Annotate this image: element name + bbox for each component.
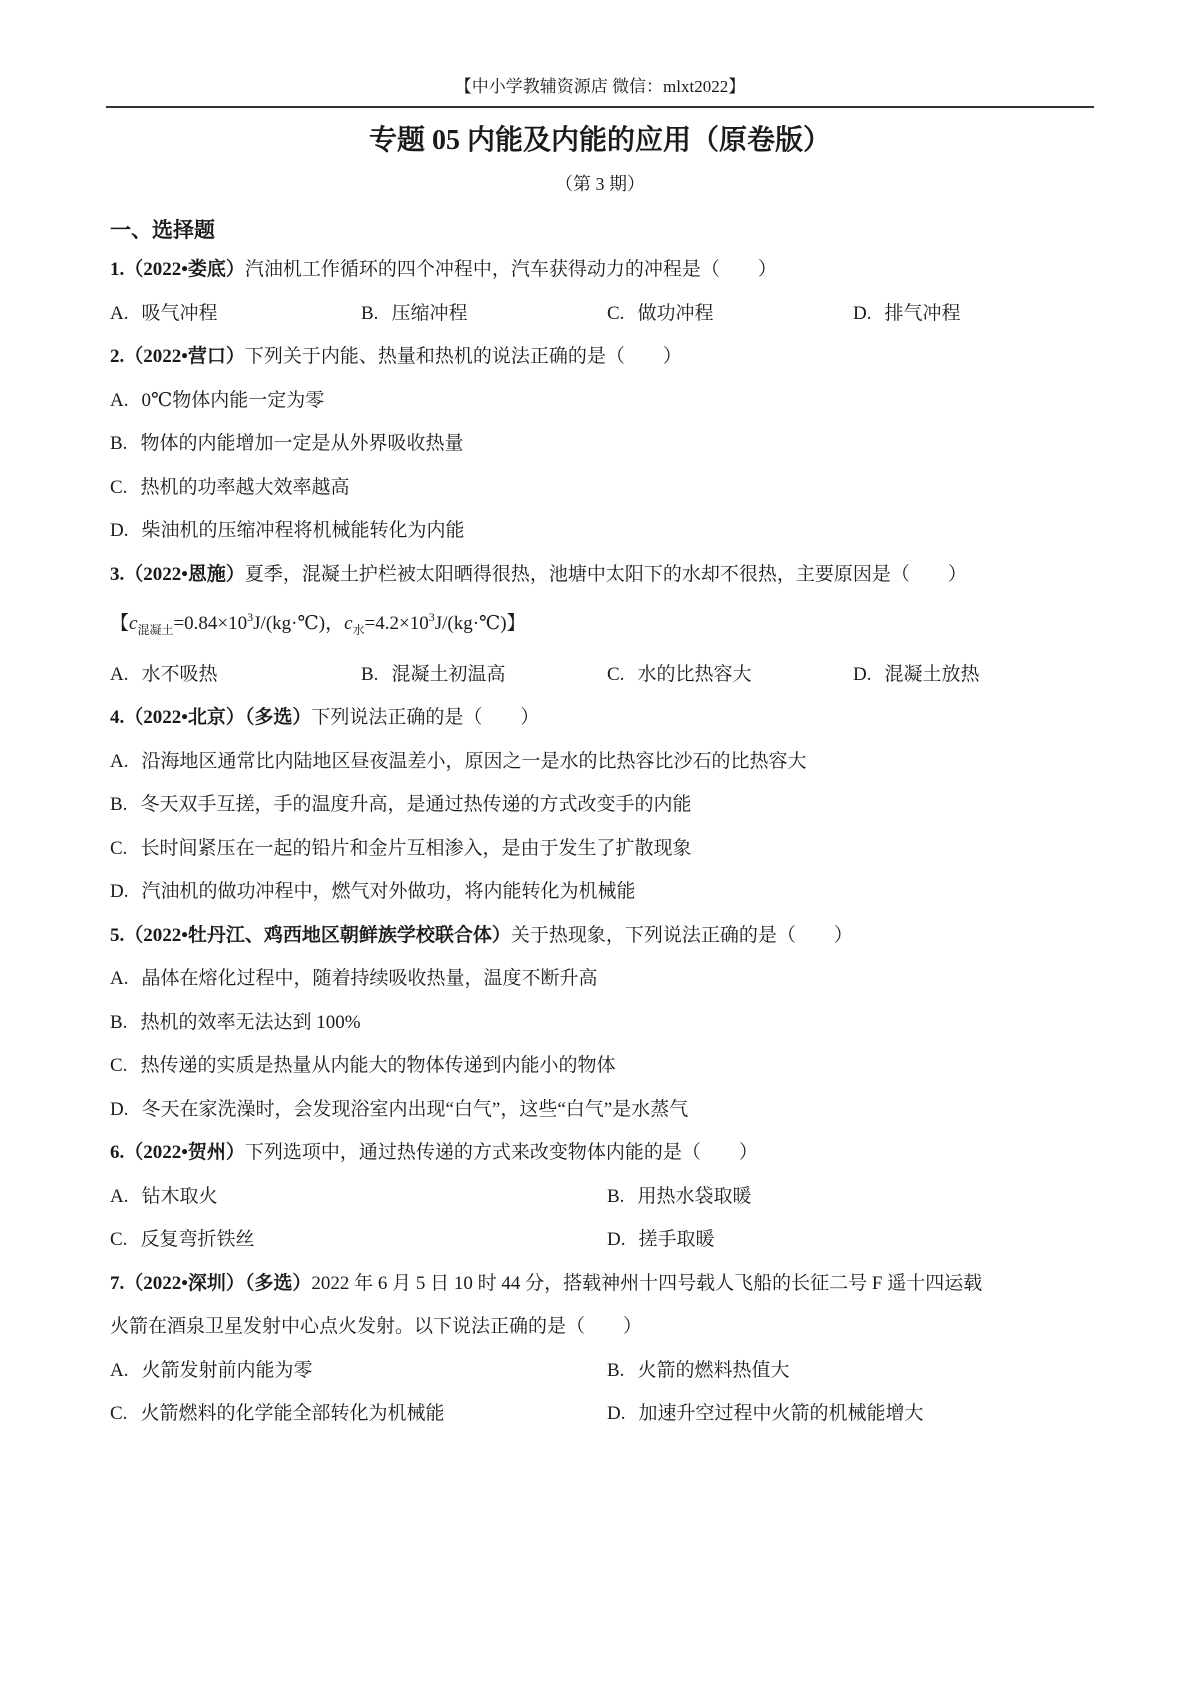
question-7-options-row-ab: A.火箭发射前内能为零 B.火箭的燃料热值大: [110, 1349, 1094, 1393]
question-7-source: 7.（2022•深圳）（多选）: [110, 1273, 311, 1294]
question-7-stem-line-1: 7.（2022•深圳）（多选）2022 年 6 月 5 日 10 时 44 分，…: [110, 1262, 1094, 1306]
formula-close-bracket: 】: [507, 613, 526, 634]
formula-c-symbol-2: c: [344, 613, 352, 634]
question-5-option-c: C.热传递的实质是热量从内能大的物体传递到内能小的物体: [110, 1044, 1094, 1088]
question-4-option-b: B.冬天双手互搓，手的温度升高，是通过热传递的方式改变手的内能: [110, 783, 1094, 827]
question-5-option-a: A.晶体在熔化过程中，随着持续吸收热量，温度不断升高: [110, 957, 1094, 1001]
question-1-options-row: A.吸气冲程 B.压缩冲程 C.做功冲程 D.排气冲程: [110, 292, 1094, 336]
exam-page: 【中小学教辅资源店 微信：mlxt2022】 专题 05 内能及内能的应用（原卷…: [0, 0, 1200, 1698]
question-1-stem-line: 1.（2022•娄底）汽油机工作循环的四个冲程中，汽车获得动力的冲程是（ ）: [110, 248, 1094, 292]
question-4-option-d: D.汽油机的做功冲程中，燃气对外做功，将内能转化为机械能: [110, 870, 1094, 914]
question-2-source: 2.（2022•营口）: [110, 346, 245, 367]
question-2-stem: 下列关于内能、热量和热机的说法正确的是（ ）: [245, 346, 682, 367]
question-4-source: 4.（2022•北京）（多选）: [110, 707, 311, 728]
question-7-stem-part-2: 火箭在酒泉卫星发射中心点火发射。以下说法正确的是（ ）: [110, 1316, 642, 1337]
question-1-option-a: A.吸气冲程: [110, 292, 361, 336]
question-7-stem-line-2: 火箭在酒泉卫星发射中心点火发射。以下说法正确的是（ ）: [110, 1305, 1094, 1349]
question-1-option-d: D.排气冲程: [853, 292, 1094, 336]
formula-unit-1: J/(kg·℃)，: [253, 613, 344, 634]
question-4-option-a: A.沿海地区通常比内陆地区昼夜温差小，原因之一是水的比热容比沙石的比热容大: [110, 740, 1094, 784]
question-4-option-c: C.长时间紧压在一起的铅片和金片互相渗入，是由于发生了扩散现象: [110, 827, 1094, 871]
question-7-options-row-cd: C.火箭燃料的化学能全部转化为机械能 D.加速升空过程中火箭的机械能增大: [110, 1392, 1094, 1436]
formula-open-bracket: 【: [110, 613, 129, 634]
question-1-option-c: C.做功冲程: [607, 292, 853, 336]
question-6-option-b: B.用热水袋取暖: [607, 1175, 1094, 1219]
question-3-stem: 夏季，混凝土护栏被太阳晒得很热，池塘中太阳下的水却不很热，主要原因是（ ）: [245, 564, 967, 585]
question-2-option-d: D.柴油机的压缩冲程将机械能转化为内能: [110, 509, 1094, 553]
question-1-option-b: B.压缩冲程: [361, 292, 607, 336]
question-5-option-b: B.热机的效率无法达到 100%: [110, 1001, 1094, 1045]
question-2-stem-line: 2.（2022•营口）下列关于内能、热量和热机的说法正确的是（ ）: [110, 335, 1094, 379]
formula-value-1: =0.84×10: [173, 613, 247, 634]
header-rule: [106, 106, 1094, 108]
question-3-option-d: D.混凝土放热: [853, 653, 1094, 697]
formula-unit-2: J/(kg·℃): [435, 613, 507, 634]
question-1-source: 1.（2022•娄底）: [110, 259, 245, 280]
question-5-stem: 关于热现象，下列说法正确的是（ ）: [511, 925, 853, 946]
question-1-stem: 汽油机工作循环的四个冲程中，汽车获得动力的冲程是（ ）: [245, 259, 777, 280]
question-4-stem-line: 4.（2022•北京）（多选）下列说法正确的是（ ）: [110, 696, 1094, 740]
section-heading-choice: 一、选择题: [110, 216, 1094, 244]
question-4-stem: 下列说法正确的是（ ）: [311, 707, 539, 728]
question-3-stem-line: 3.（2022•恩施）夏季，混凝土护栏被太阳晒得很热，池塘中太阳下的水却不很热，…: [110, 553, 1094, 597]
question-2-option-b: B.物体的内能增加一定是从外界吸收热量: [110, 422, 1094, 466]
question-3-option-c: C.水的比热容大: [607, 653, 853, 697]
question-2-option-a: A.0℃物体内能一定为零: [110, 379, 1094, 423]
question-6-option-d: D.搓手取暖: [607, 1218, 1094, 1262]
question-3-formula-line: 【c混凝土=0.84×103J/(kg·℃)，c水=4.2×103J/(kg·℃…: [110, 596, 1094, 653]
page-title: 专题 05 内能及内能的应用（原卷版）: [0, 124, 1200, 158]
question-2-option-c: C.热机的功率越大效率越高: [110, 466, 1094, 510]
question-6-options-row-ab: A.钻木取火 B.用热水袋取暖: [110, 1175, 1094, 1219]
formula-c-subscript-concrete: 混凝土: [137, 623, 173, 637]
question-5-option-d: D.冬天在家洗澡时，会发现浴室内出现“白气”，这些“白气”是水蒸气: [110, 1088, 1094, 1132]
question-3-option-b: B.混凝土初温高: [361, 653, 607, 697]
question-5-stem-line: 5.（2022•牡丹江、鸡西地区朝鲜族学校联合体）关于热现象，下列说法正确的是（…: [110, 914, 1094, 958]
question-6-stem: 下列选项中，通过热传递的方式来改变物体内能的是（ ）: [245, 1142, 758, 1163]
question-5-source: 5.（2022•牡丹江、鸡西地区朝鲜族学校联合体）: [110, 925, 511, 946]
question-3-options-row: A.水不吸热 B.混凝土初温高 C.水的比热容大 D.混凝土放热: [110, 653, 1094, 697]
page-header-store-line: 【中小学教辅资源店 微信：mlxt2022】: [0, 0, 1200, 98]
formula-c-subscript-water: 水: [353, 623, 365, 637]
formula-value-2: =4.2×10: [365, 613, 429, 634]
question-6-options-row-cd: C.反复弯折铁丝 D.搓手取暖: [110, 1218, 1094, 1262]
document-body: 一、选择题 1.（2022•娄底）汽油机工作循环的四个冲程中，汽车获得动力的冲程…: [110, 216, 1094, 1436]
issue-subtitle: （第 3 期）: [0, 172, 1200, 196]
question-6-stem-line: 6.（2022•贺州）下列选项中，通过热传递的方式来改变物体内能的是（ ）: [110, 1131, 1094, 1175]
question-6-option-c: C.反复弯折铁丝: [110, 1218, 607, 1262]
question-7-stem-part-1: 2022 年 6 月 5 日 10 时 44 分，搭载神州十四号载人飞船的长征二…: [311, 1273, 982, 1294]
question-6-option-a: A.钻木取火: [110, 1175, 607, 1219]
question-7-option-a: A.火箭发射前内能为零: [110, 1349, 607, 1393]
question-6-source: 6.（2022•贺州）: [110, 1142, 245, 1163]
question-7-option-c: C.火箭燃料的化学能全部转化为机械能: [110, 1392, 607, 1436]
question-7-option-b: B.火箭的燃料热值大: [607, 1349, 1094, 1393]
question-3-option-a: A.水不吸热: [110, 653, 361, 697]
question-7-option-d: D.加速升空过程中火箭的机械能增大: [607, 1392, 1094, 1436]
question-3-source: 3.（2022•恩施）: [110, 564, 245, 585]
